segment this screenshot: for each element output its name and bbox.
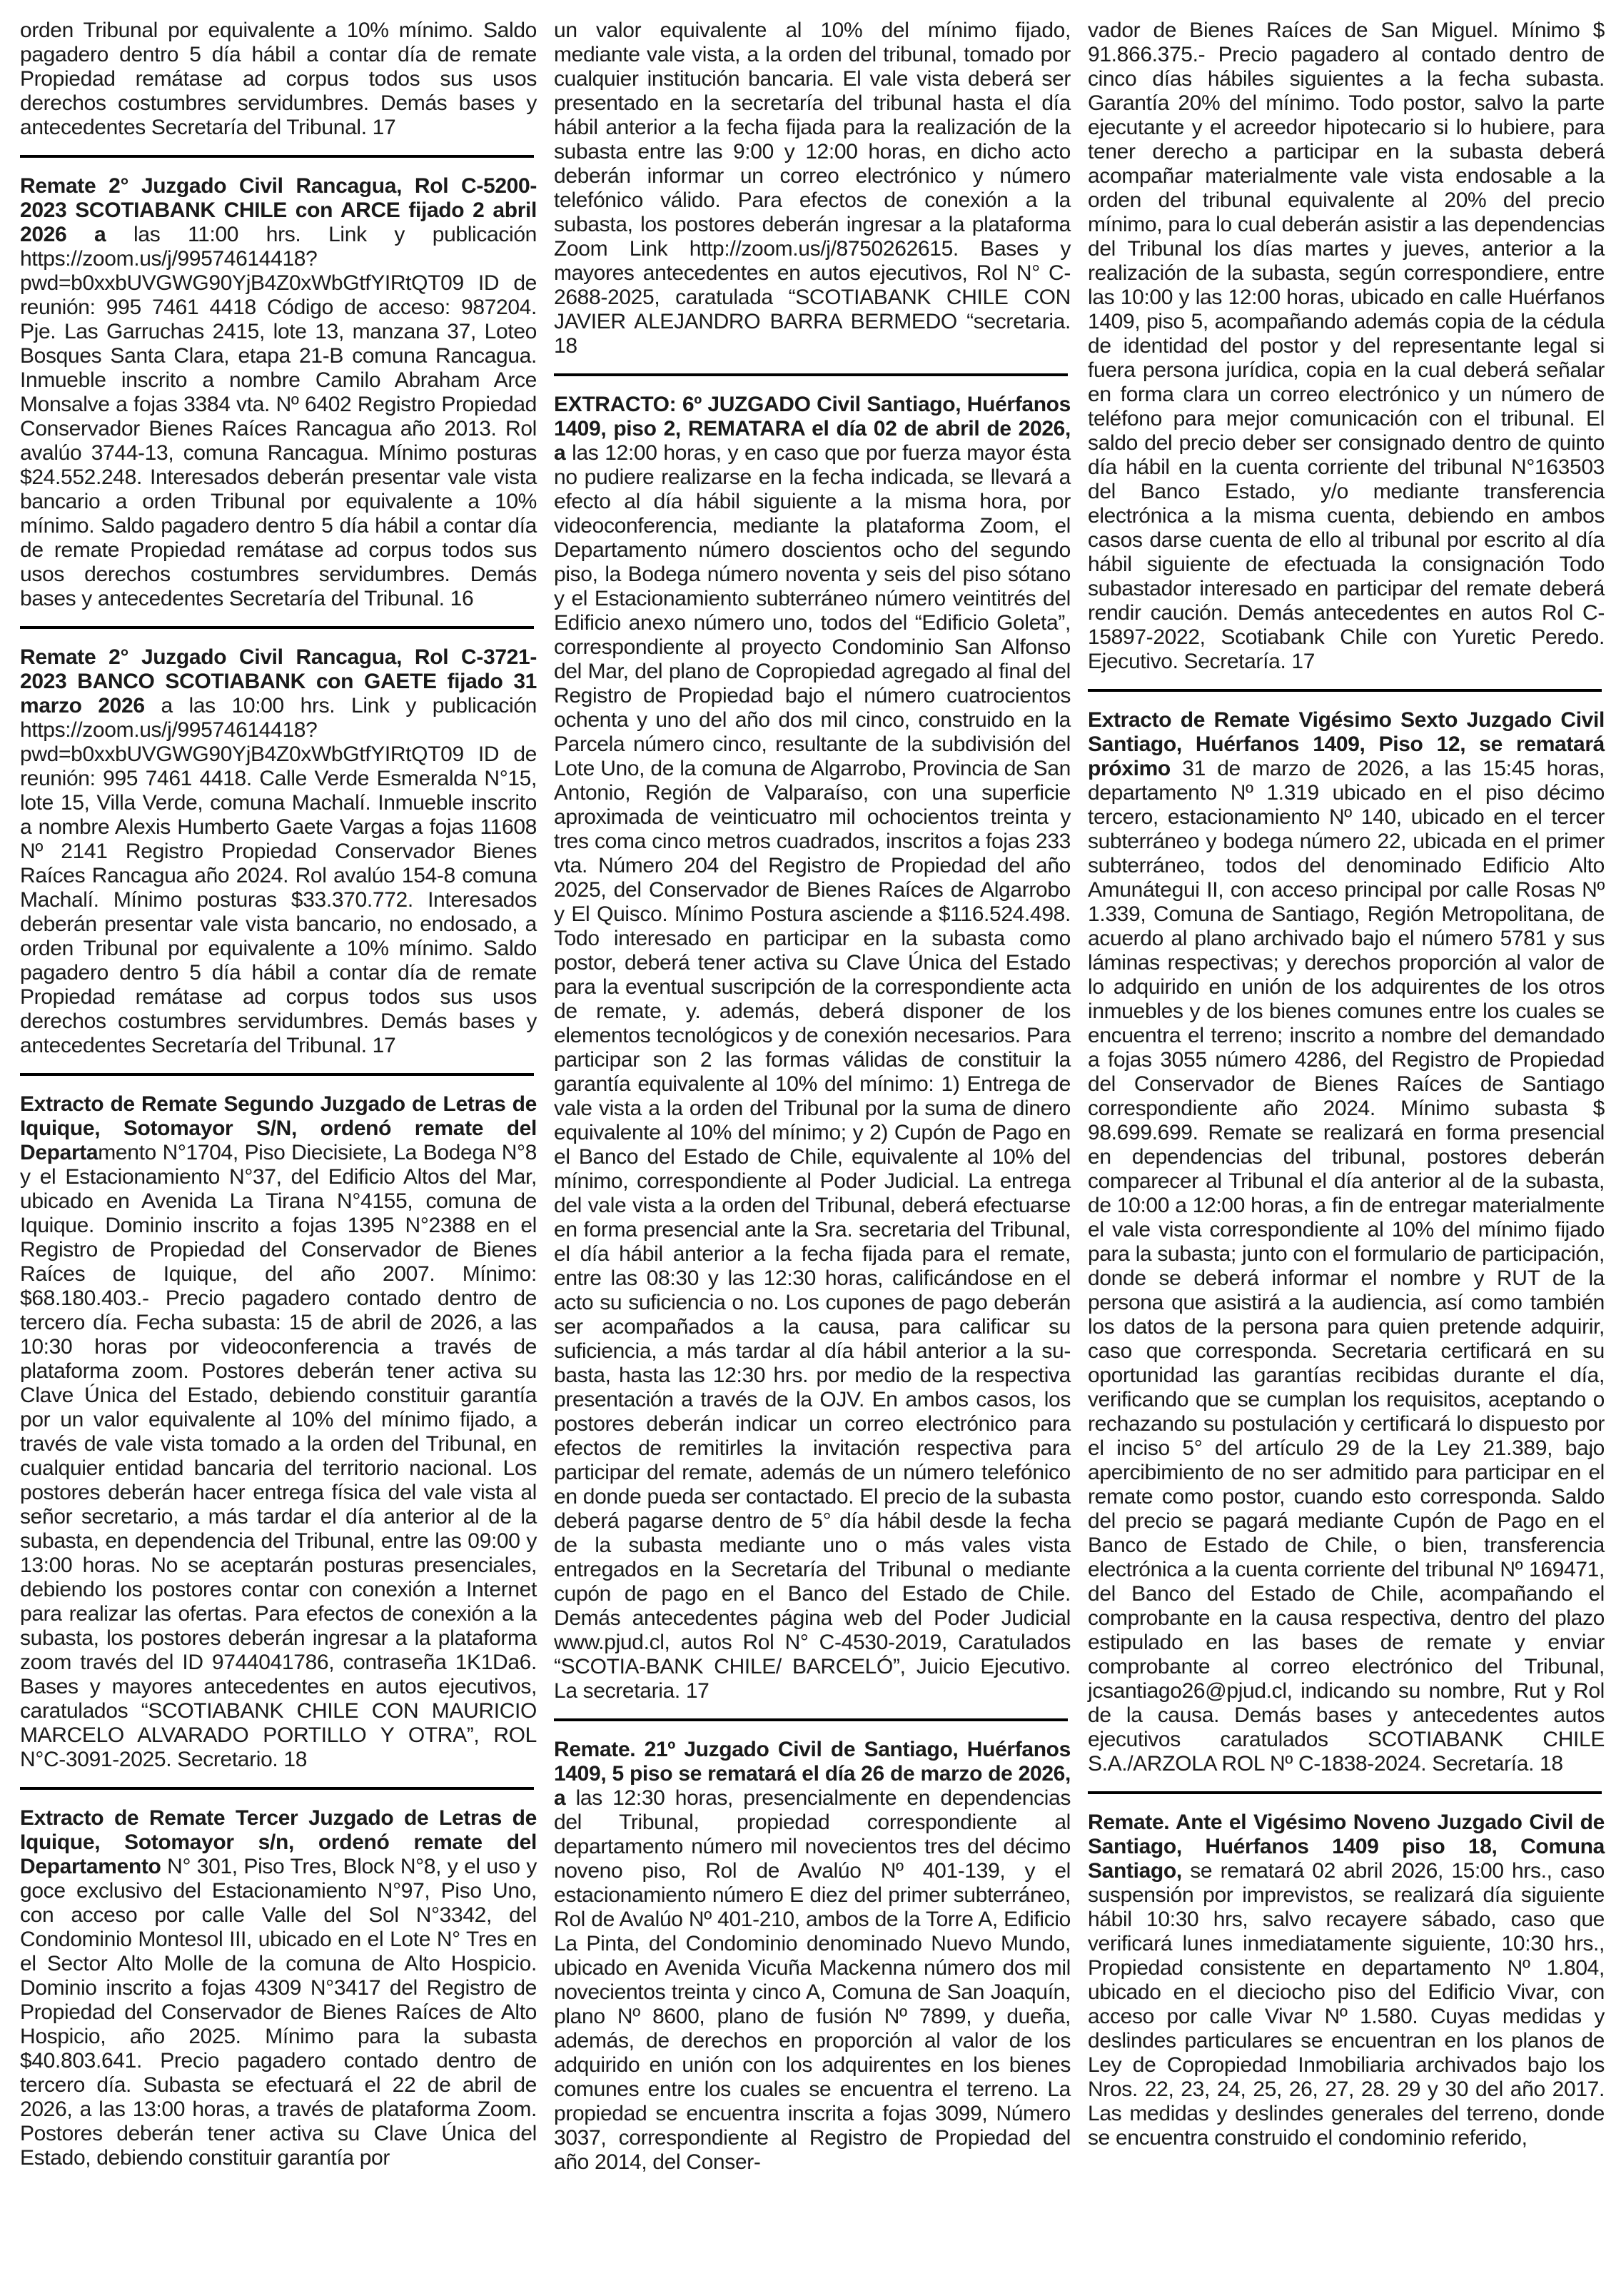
legal-notice: Extracto de Remate Vigésimo Sexto Juzgad… <box>1088 708 1605 1776</box>
notice-body: vador de Bienes Raíces de San Miguel. Mí… <box>1088 19 1605 673</box>
notice-body: mento N°1704, Piso Diecisiete, La Bodega… <box>20 1141 537 1771</box>
column-3: vador de Bienes Raíces de San Miguel. Mí… <box>1088 19 1605 2282</box>
notice-text: Extracto de Remate Vigésimo Sexto Juzgad… <box>1088 708 1605 1776</box>
notice-text: EXTRACTO: 6º JUZGADO Civil Santiago, Hué… <box>554 393 1071 1703</box>
notice-text: Extracto de Remate Tercer Juzgado de Let… <box>20 1806 537 2170</box>
legal-notice: Extracto de Remate Tercer Juzgado de Let… <box>20 1806 537 2170</box>
legal-notice: Remate. Ante el Vigésimo Noveno Juzgado … <box>1088 1811 1605 2150</box>
column-2: un valor equivalente al 10% del mínimo f… <box>554 19 1071 2282</box>
notice-body: las 12:00 horas, y en caso que por fuerz… <box>554 441 1071 1703</box>
legal-notice: Remate. 21º Juzgado Civil de Santiago, H… <box>554 1738 1071 2175</box>
notice-separator <box>1088 689 1602 692</box>
notice-body: un valor equivalente al 10% del mínimo f… <box>554 19 1071 358</box>
notice-text: Remate. Ante el Vigésimo Noveno Juzgado … <box>1088 1811 1605 2150</box>
legal-notice: Remate 2° Juzgado Civil Rancagua, Rol C-… <box>20 174 537 611</box>
notice-body: se rematará 02 abril 2026, 15:00 hrs., c… <box>1088 1859 1605 2150</box>
notice-separator <box>554 1718 1068 1721</box>
notice-text: vador de Bienes Raíces de San Miguel. Mí… <box>1088 19 1605 674</box>
notice-body: a las 10:00 hrs. Link y publicación http… <box>20 694 537 1057</box>
column-1: orden Tribunal por equivalente a 10% mín… <box>20 19 537 2282</box>
notice-text: Extracto de Remate Segundo Juzgado de Le… <box>20 1092 537 1772</box>
notice-separator <box>20 155 534 158</box>
notice-separator <box>554 373 1068 376</box>
notice-text: orden Tribunal por equivalente a 10% mín… <box>20 19 537 140</box>
legal-notice: EXTRACTO: 6º JUZGADO Civil Santiago, Hué… <box>554 393 1071 1703</box>
legal-notice: un valor equivalente al 10% del mínimo f… <box>554 19 1071 358</box>
notice-text: Remate. 21º Juzgado Civil de Santiago, H… <box>554 1738 1071 2175</box>
notice-body: las 12:30 horas, presencialmente en depe… <box>554 1786 1071 2174</box>
notice-body: 31 de marzo de 2026, a las 15:45 horas, … <box>1088 757 1605 1776</box>
legal-notice: Remate 2° Juzgado Civil Rancagua, Rol C-… <box>20 645 537 1058</box>
notice-text: Remate 2° Juzgado Civil Rancagua, Rol C-… <box>20 174 537 611</box>
notice-separator <box>20 626 534 629</box>
notice-text: Remate 2° Juzgado Civil Rancagua, Rol C-… <box>20 645 537 1058</box>
notice-text: un valor equivalente al 10% del mínimo f… <box>554 19 1071 358</box>
legal-notice: vador de Bienes Raíces de San Miguel. Mí… <box>1088 19 1605 674</box>
classifieds-page: orden Tribunal por equivalente a 10% mín… <box>0 0 1616 2296</box>
notice-body: N° 301, Piso Tres, Block N°8, y el uso y… <box>20 1855 537 2170</box>
notice-separator <box>1088 1791 1602 1794</box>
legal-notice: Extracto de Remate Segundo Juzgado de Le… <box>20 1092 537 1772</box>
notice-body: las 11:00 hrs. Link y publicación https:… <box>20 223 537 610</box>
notice-separator <box>20 1073 534 1076</box>
notice-body: orden Tribunal por equivalente a 10% mín… <box>20 19 537 139</box>
notice-separator <box>20 1787 534 1790</box>
legal-notice: orden Tribunal por equivalente a 10% mín… <box>20 19 537 140</box>
